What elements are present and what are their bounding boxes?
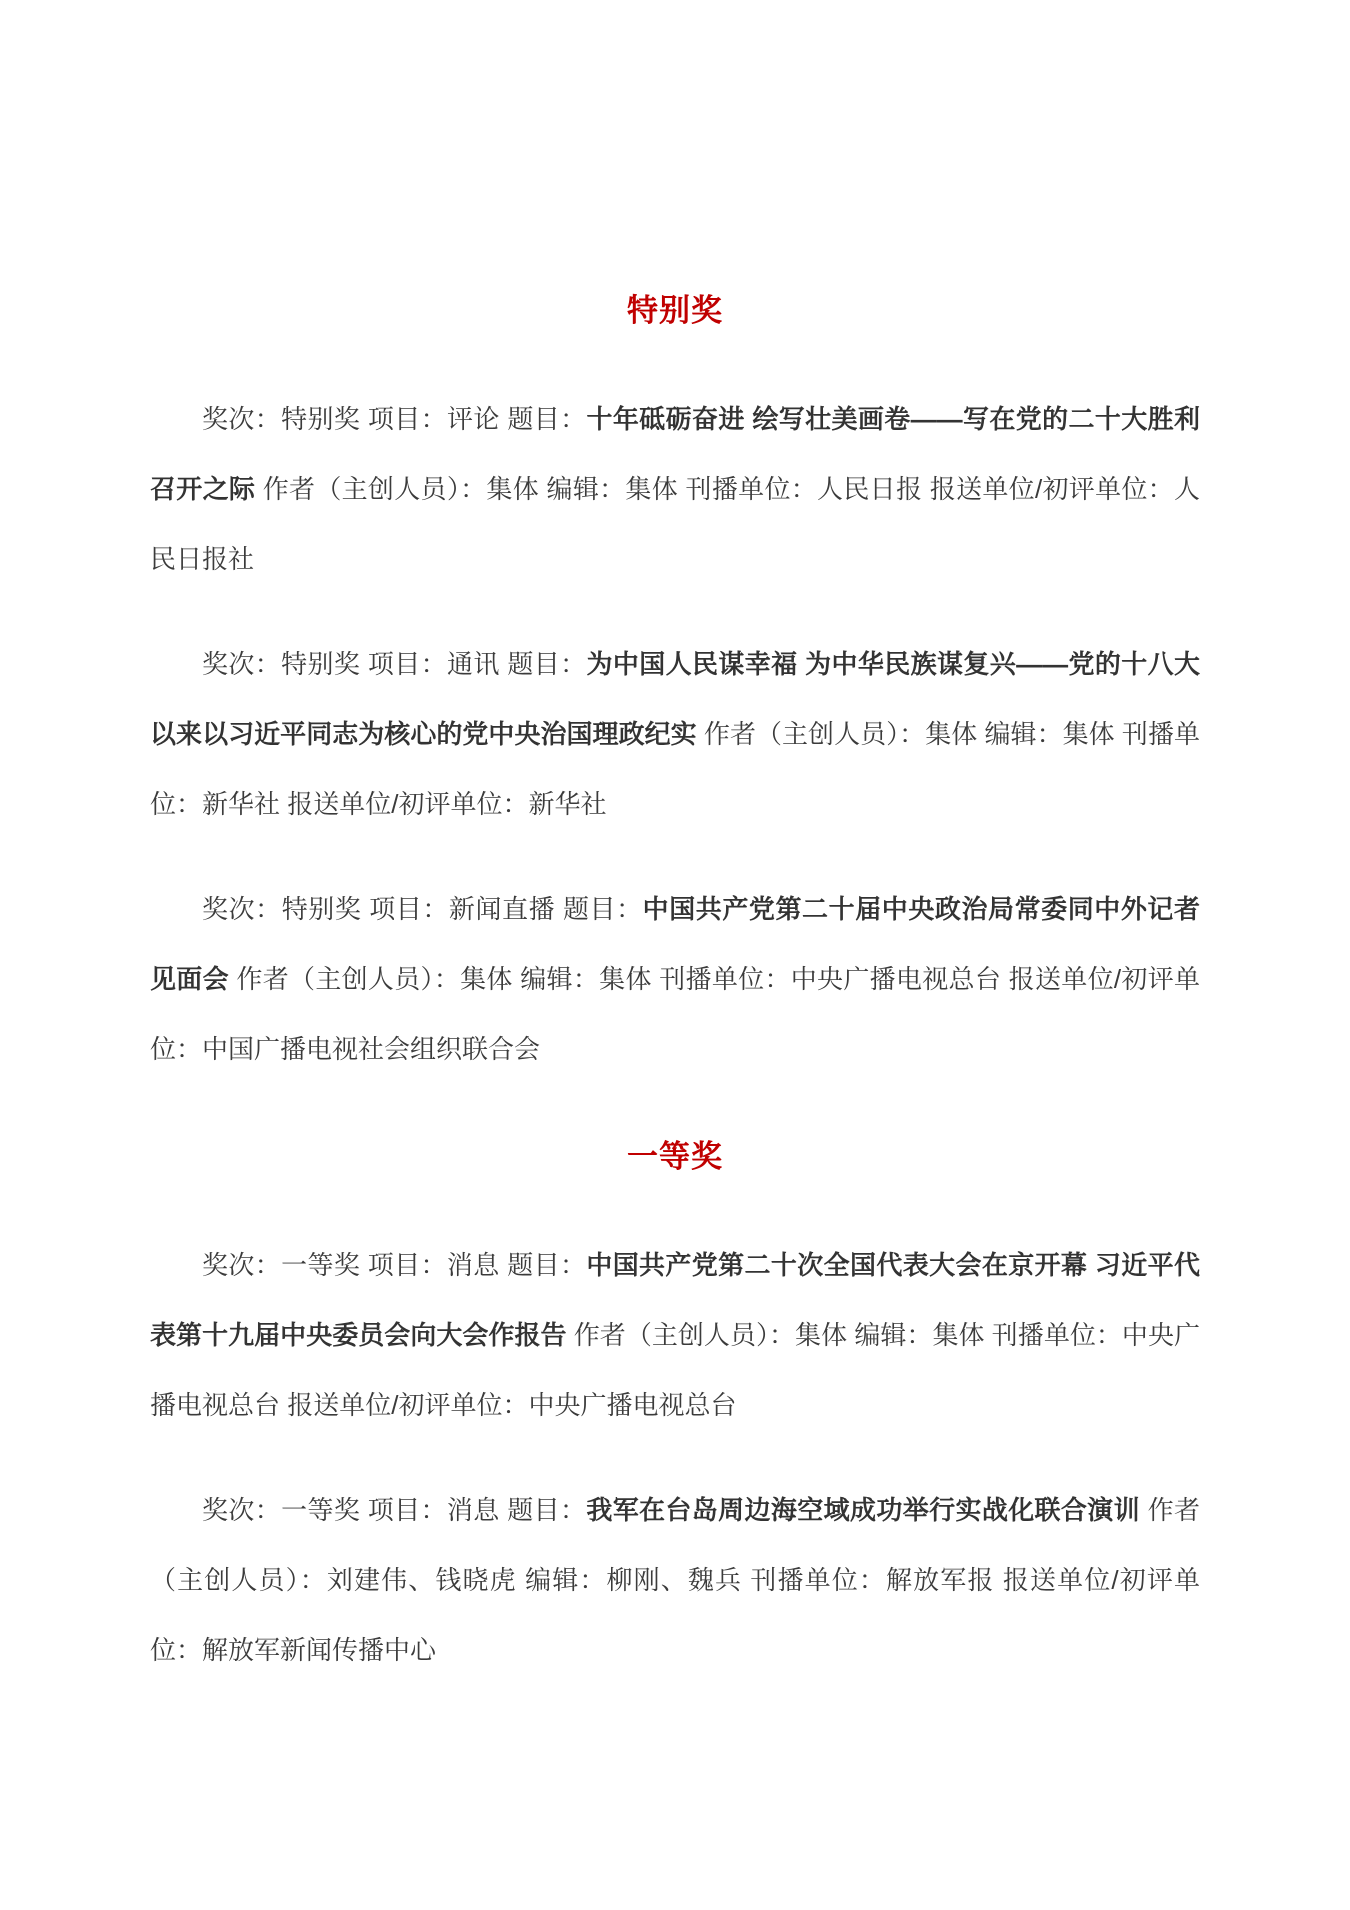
document-page: 特别奖 奖次：特别奖 项目：评论 题目：十年砥砺奋进 绘写壮美画卷——写在党的二…	[0, 0, 1350, 1910]
award-entry: 奖次：特别奖 项目：评论 题目：十年砥砺奋进 绘写壮美画卷——写在党的二十大胜利…	[150, 384, 1200, 594]
entry-suffix: 作者（主创人员）：集体 编辑：集体 刊播单位：中央广播电视总台 报送单位/初评单…	[150, 964, 1200, 1064]
section-heading-special-award: 特别奖	[150, 288, 1200, 334]
entry-title: 我军在台岛周边海空域成功举行实战化联合演训	[586, 1495, 1140, 1525]
section-heading-first-prize: 一等奖	[150, 1134, 1200, 1180]
award-entry: 奖次：一等奖 项目：消息 题目：中国共产党第二十次全国代表大会在京开幕 习近平代…	[150, 1230, 1200, 1440]
entry-suffix: 作者（主创人员）：集体 编辑：集体 刊播单位：人民日报 报送单位/初评单位：人民…	[150, 474, 1200, 574]
entry-prefix: 奖次：特别奖 项目：通讯 题目：	[202, 649, 586, 679]
entry-prefix: 奖次：一等奖 项目：消息 题目：	[202, 1250, 586, 1280]
award-entry: 奖次：一等奖 项目：消息 题目：我军在台岛周边海空域成功举行实战化联合演训 作者…	[150, 1475, 1200, 1685]
award-entry: 奖次：特别奖 项目：新闻直播 题目：中国共产党第二十届中央政治局常委同中外记者见…	[150, 874, 1200, 1084]
entry-prefix: 奖次：特别奖 项目：新闻直播 题目：	[202, 894, 643, 924]
entry-prefix: 奖次：一等奖 项目：消息 题目：	[202, 1495, 586, 1525]
award-entry: 奖次：特别奖 项目：通讯 题目：为中国人民谋幸福 为中华民族谋复兴——党的十八大…	[150, 629, 1200, 839]
entry-prefix: 奖次：特别奖 项目：评论 题目：	[202, 404, 586, 434]
